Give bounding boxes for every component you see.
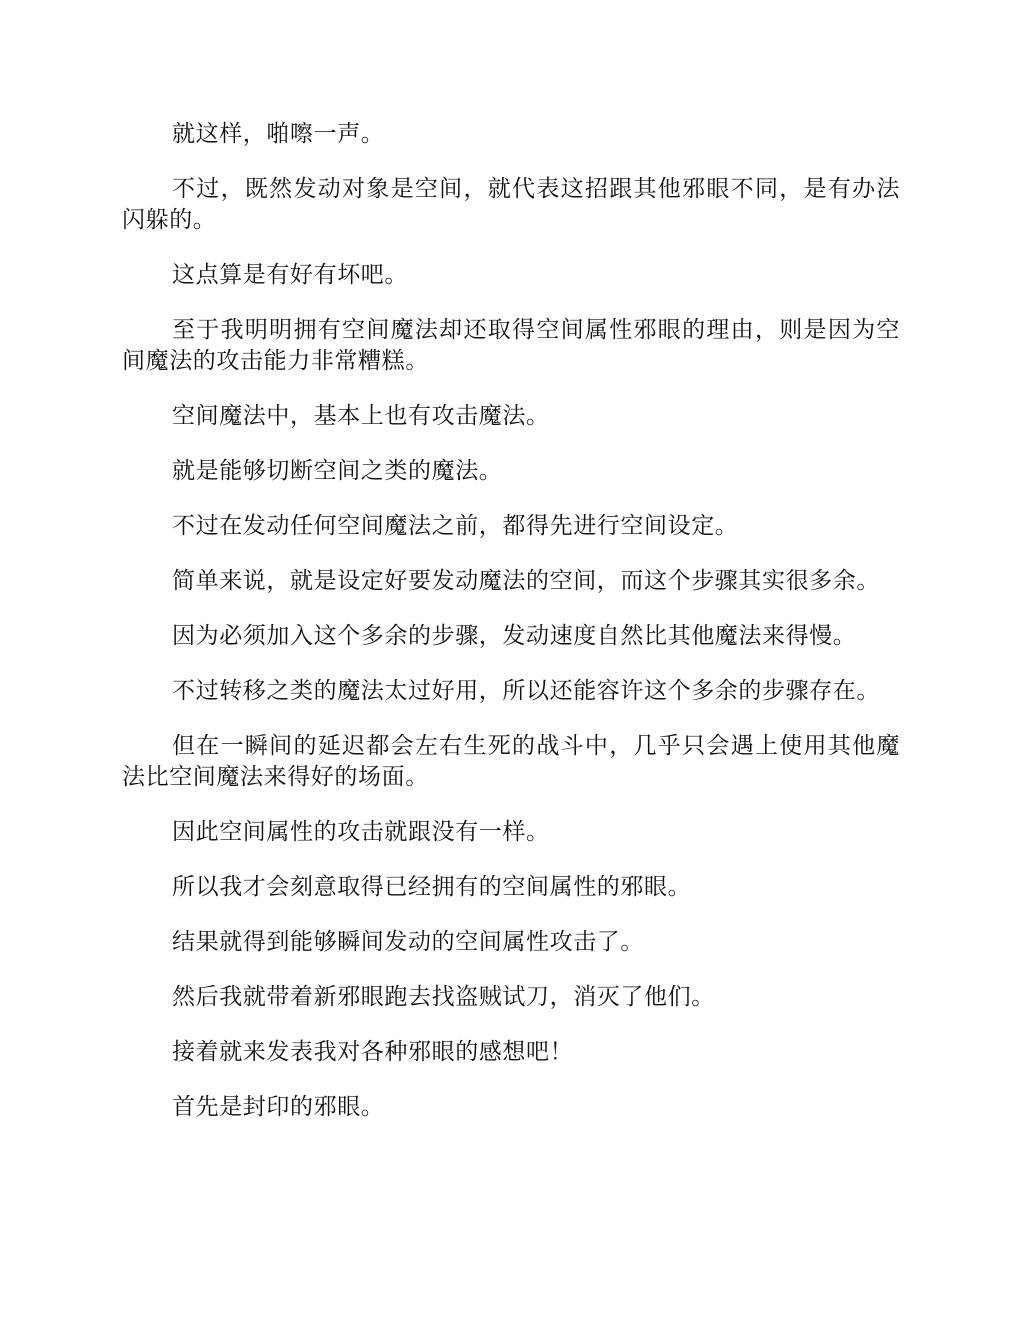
paragraph: 至于我明明拥有空间魔法却还取得空间属性邪眼的理由，则是因为空间魔法的攻击能力非常… bbox=[122, 315, 900, 377]
paragraph: 不过在发动任何空间魔法之前，都得先进行空间设定。 bbox=[122, 511, 900, 542]
paragraph: 所以我才会刻意取得已经拥有的空间属性的邪眼。 bbox=[122, 872, 900, 903]
paragraph: 简单来说，就是设定好要发动魔法的空间，而这个步骤其实很多余。 bbox=[122, 566, 900, 597]
paragraph: 不过，既然发动对象是空间，就代表这招跟其他邪眼不同，是有办法闪躲的。 bbox=[122, 174, 900, 236]
paragraph: 首先是封印的邪眼。 bbox=[122, 1092, 900, 1123]
paragraph: 这点算是有好有坏吧。 bbox=[122, 260, 900, 291]
paragraph: 然后我就带着新邪眼跑去找盗贼试刀，消灭了他们。 bbox=[122, 982, 900, 1013]
paragraph: 结果就得到能够瞬间发动的空间属性攻击了。 bbox=[122, 927, 900, 958]
document-page: 就这样，啪嚓一声。 不过，既然发动对象是空间，就代表这招跟其他邪眼不同，是有办法… bbox=[122, 119, 900, 1147]
paragraph: 但在一瞬间的延迟都会左右生死的战斗中，几乎只会遇上使用其他魔法比空间魔法来得好的… bbox=[122, 731, 900, 793]
paragraph: 就是能够切断空间之类的魔法。 bbox=[122, 456, 900, 487]
paragraph: 因此空间属性的攻击就跟没有一样。 bbox=[122, 817, 900, 848]
paragraph: 接着就来发表我对各种邪眼的感想吧！ bbox=[122, 1037, 900, 1068]
paragraph: 不过转移之类的魔法太过好用，所以还能容许这个多余的步骤存在。 bbox=[122, 676, 900, 707]
paragraph: 因为必须加入这个多余的步骤，发动速度自然比其他魔法来得慢。 bbox=[122, 621, 900, 652]
paragraph: 空间魔法中，基本上也有攻击魔法。 bbox=[122, 401, 900, 432]
paragraph: 就这样，啪嚓一声。 bbox=[122, 119, 900, 150]
